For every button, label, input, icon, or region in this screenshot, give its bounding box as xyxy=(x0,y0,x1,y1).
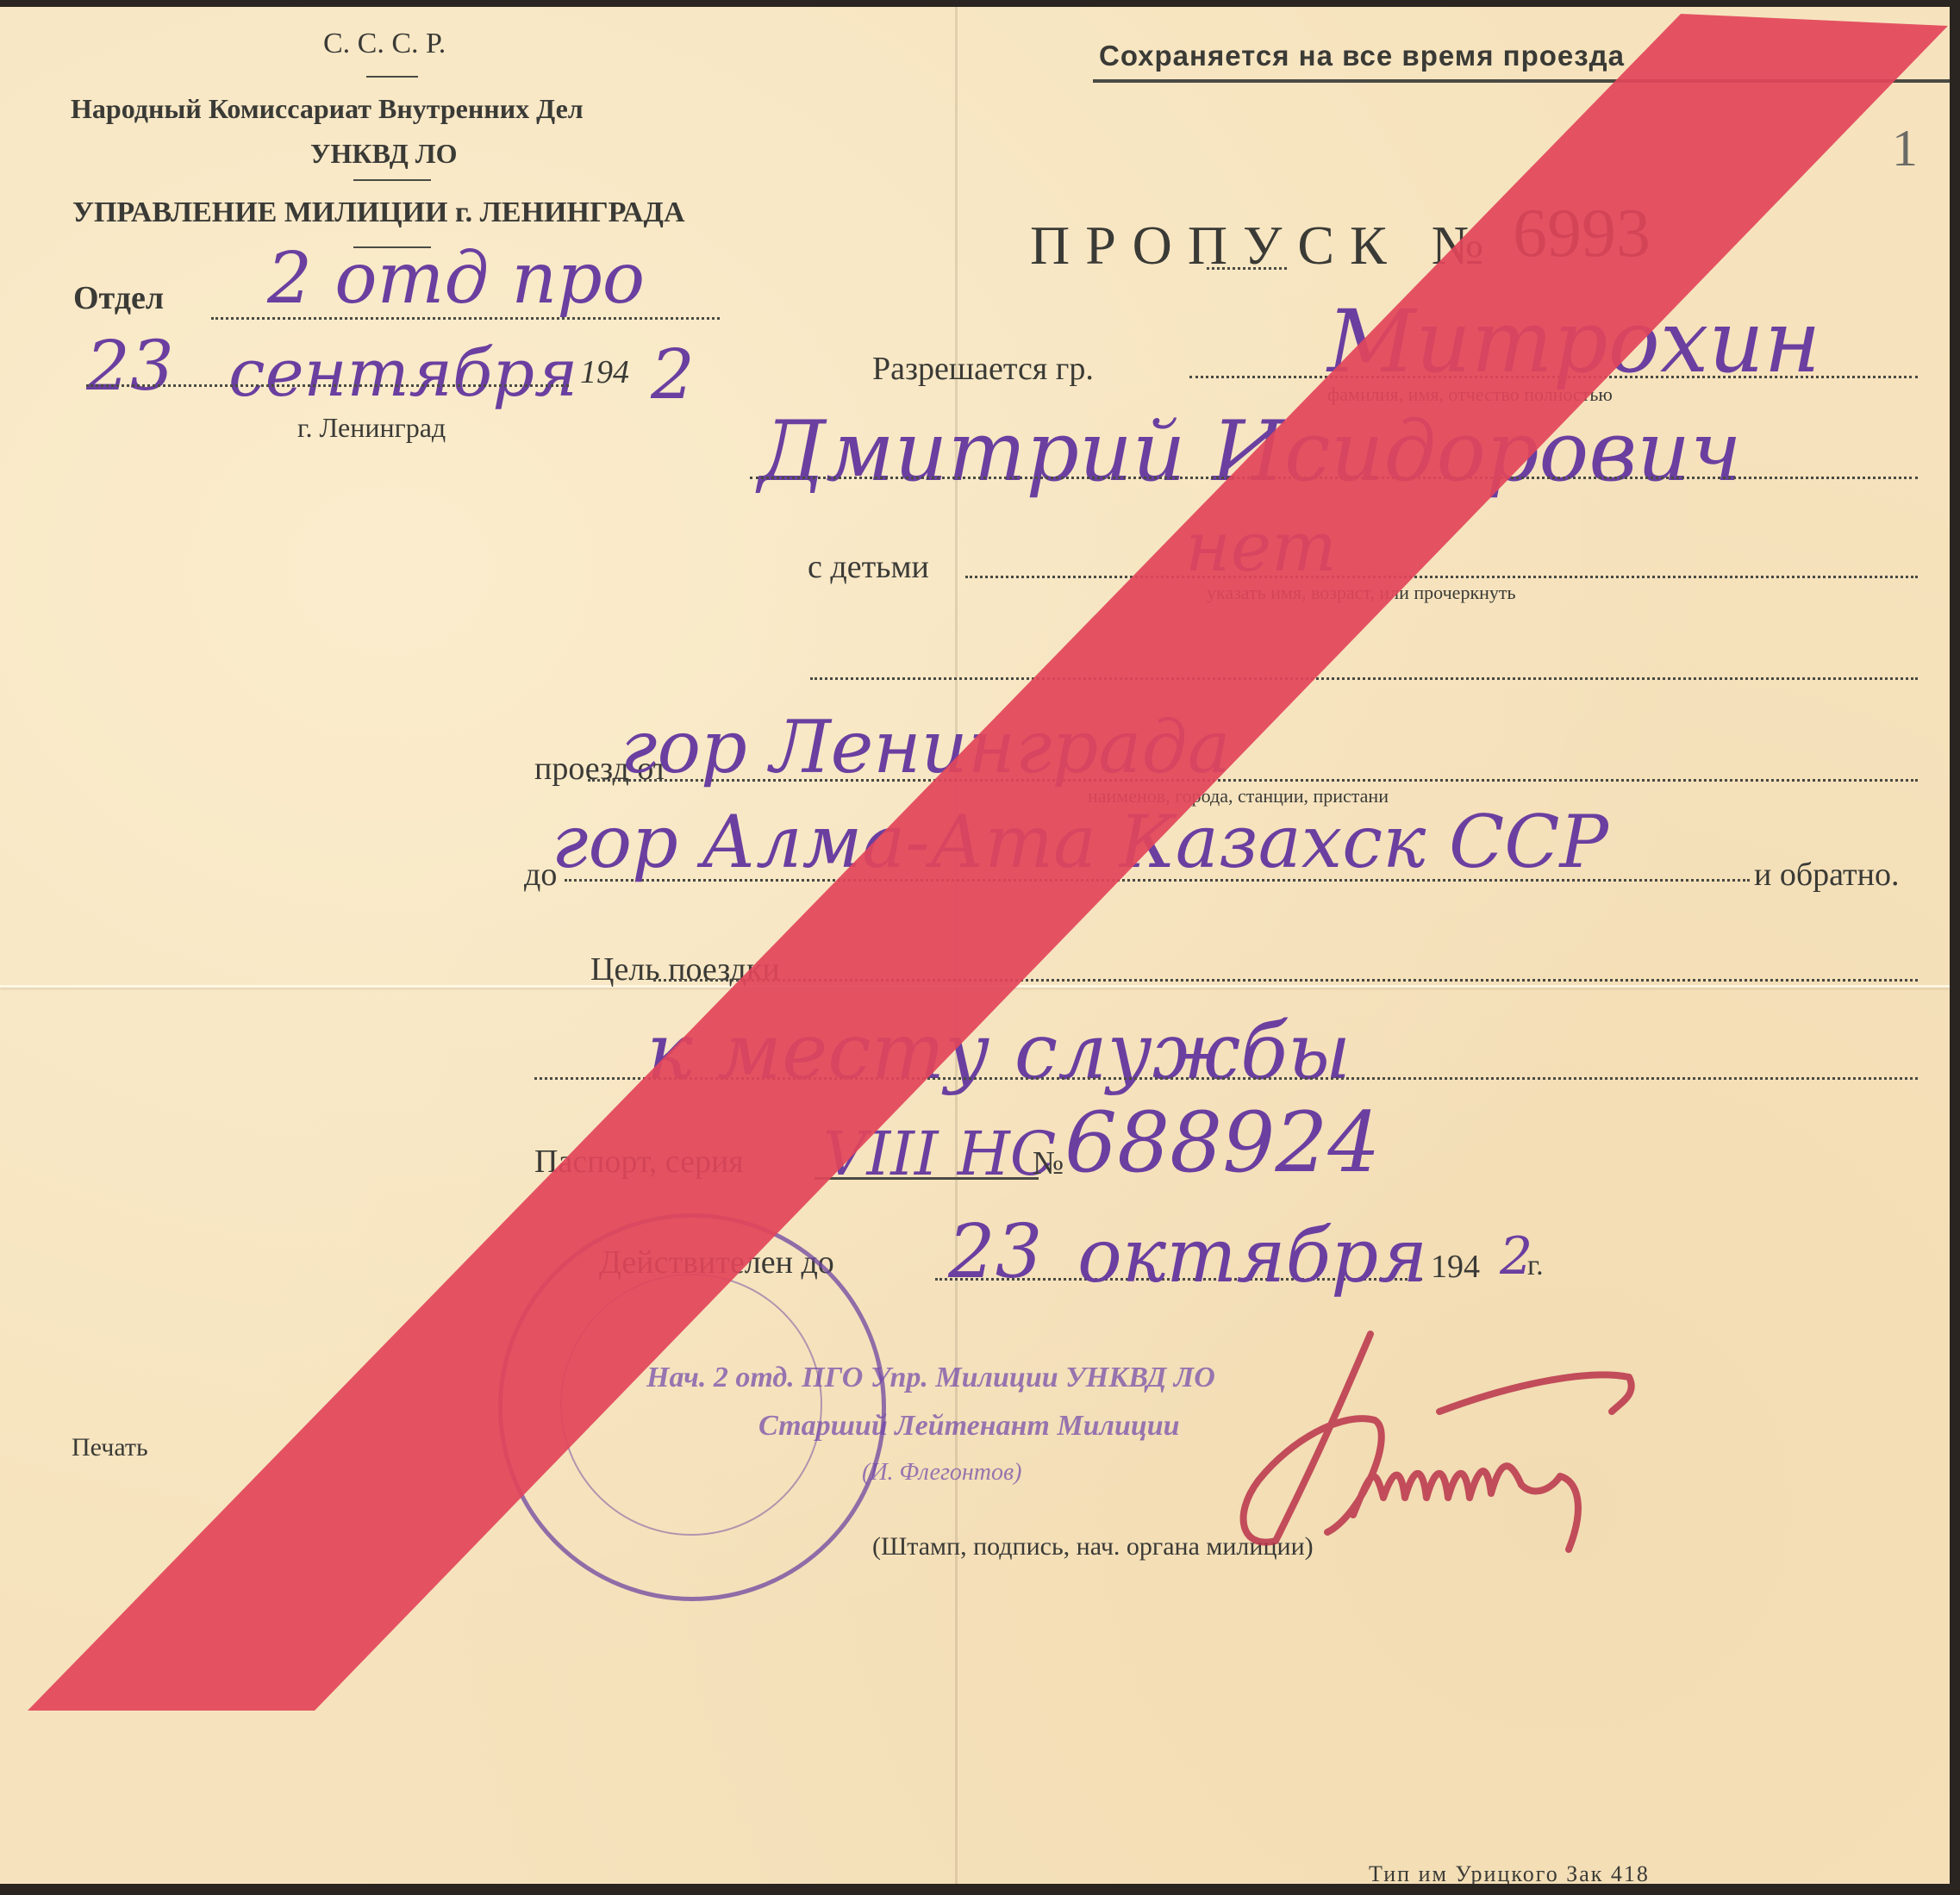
return-label: и обратно. xyxy=(1754,856,1900,894)
issue-city: г. Ленинград xyxy=(297,412,446,444)
issue-date-month: сентября xyxy=(228,334,577,411)
retention-notice: Сохраняется на все время проезда xyxy=(1099,40,1625,72)
purpose-label: Цель поездки xyxy=(590,951,780,988)
stamp-line-3: (И. Флегонтов) xyxy=(862,1459,1022,1487)
children-label: с детьми xyxy=(808,548,929,586)
left-police-seal-inner xyxy=(560,1274,822,1536)
stamp-line-1: Нач. 2 отд. ПГО Упр. Милиции УНКВД ЛО xyxy=(646,1362,1215,1394)
printer-imprint: Тип им Урицкого Зак 418 xyxy=(1369,1861,1650,1884)
purpose-value: к месту службы xyxy=(646,1007,1351,1097)
horizontal-fold-line xyxy=(0,985,1950,988)
to-value: гор Алма-Ата Казахск ССР xyxy=(552,800,1608,884)
blank-line xyxy=(810,677,1918,680)
children-value: нет xyxy=(1185,507,1337,587)
directorate-heading: УПРАВЛЕНИЕ МИЛИЦИИ г. ЛЕНИНГРАДА xyxy=(72,196,685,229)
department-heading: УНКВД ЛО xyxy=(310,138,457,170)
valid-month: октября xyxy=(1077,1213,1427,1300)
passport-label: Паспорт, серия xyxy=(534,1143,744,1181)
purpose-line xyxy=(653,979,1918,982)
valid-year-prefix: 194 xyxy=(1431,1248,1480,1286)
surname-value: Митрохин xyxy=(1327,291,1821,392)
section-label: Отдел xyxy=(73,279,164,317)
children-hint: указать имя, возраст, или прочеркнуть xyxy=(1207,582,1516,604)
issue-date-line xyxy=(86,384,569,387)
permitted-label: Разрешается гр. xyxy=(872,350,1094,388)
corner-number: 1 xyxy=(1892,119,1918,178)
travel-pass-document: С. С. С. Р. Народный Комиссариат Внутрен… xyxy=(0,7,1950,1884)
signature-caption: (Штамп, подпись, нач. органа милиции) xyxy=(872,1532,1314,1562)
given-names-line xyxy=(750,477,1918,479)
notice-underline xyxy=(1093,79,1950,83)
valid-day: 23 xyxy=(948,1209,1042,1295)
passport-series: VIII НС xyxy=(823,1119,1056,1189)
document-number: 6993 xyxy=(1513,195,1651,273)
divider xyxy=(353,179,431,181)
issue-date-day: 23 xyxy=(86,326,174,406)
passport-number: 688924 xyxy=(1064,1094,1380,1191)
issue-year-suffix: 2 xyxy=(651,334,695,415)
seal-label: Печать xyxy=(72,1433,148,1462)
vertical-fold-line xyxy=(955,7,958,1884)
country-heading: С. С. С. Р. xyxy=(323,28,446,60)
number-line xyxy=(1207,267,1287,270)
issue-year-prefix: 194 xyxy=(580,353,629,391)
ministry-heading: Народный Комиссариат Внутренних Дел xyxy=(71,93,584,125)
purpose-line-2 xyxy=(534,1077,1918,1080)
passport-no-label: № xyxy=(1033,1144,1064,1182)
valid-year-g: г. xyxy=(1527,1250,1544,1282)
stamp-line-2: Старший Лейтенант Милиции xyxy=(758,1410,1180,1443)
divider xyxy=(366,76,418,78)
given-names-value: Дмитрий Исидорович xyxy=(758,403,1742,500)
children-line xyxy=(965,576,1918,578)
from-value: гор Ленинграда xyxy=(621,705,1231,789)
section-value: 2 отд про xyxy=(267,238,645,320)
